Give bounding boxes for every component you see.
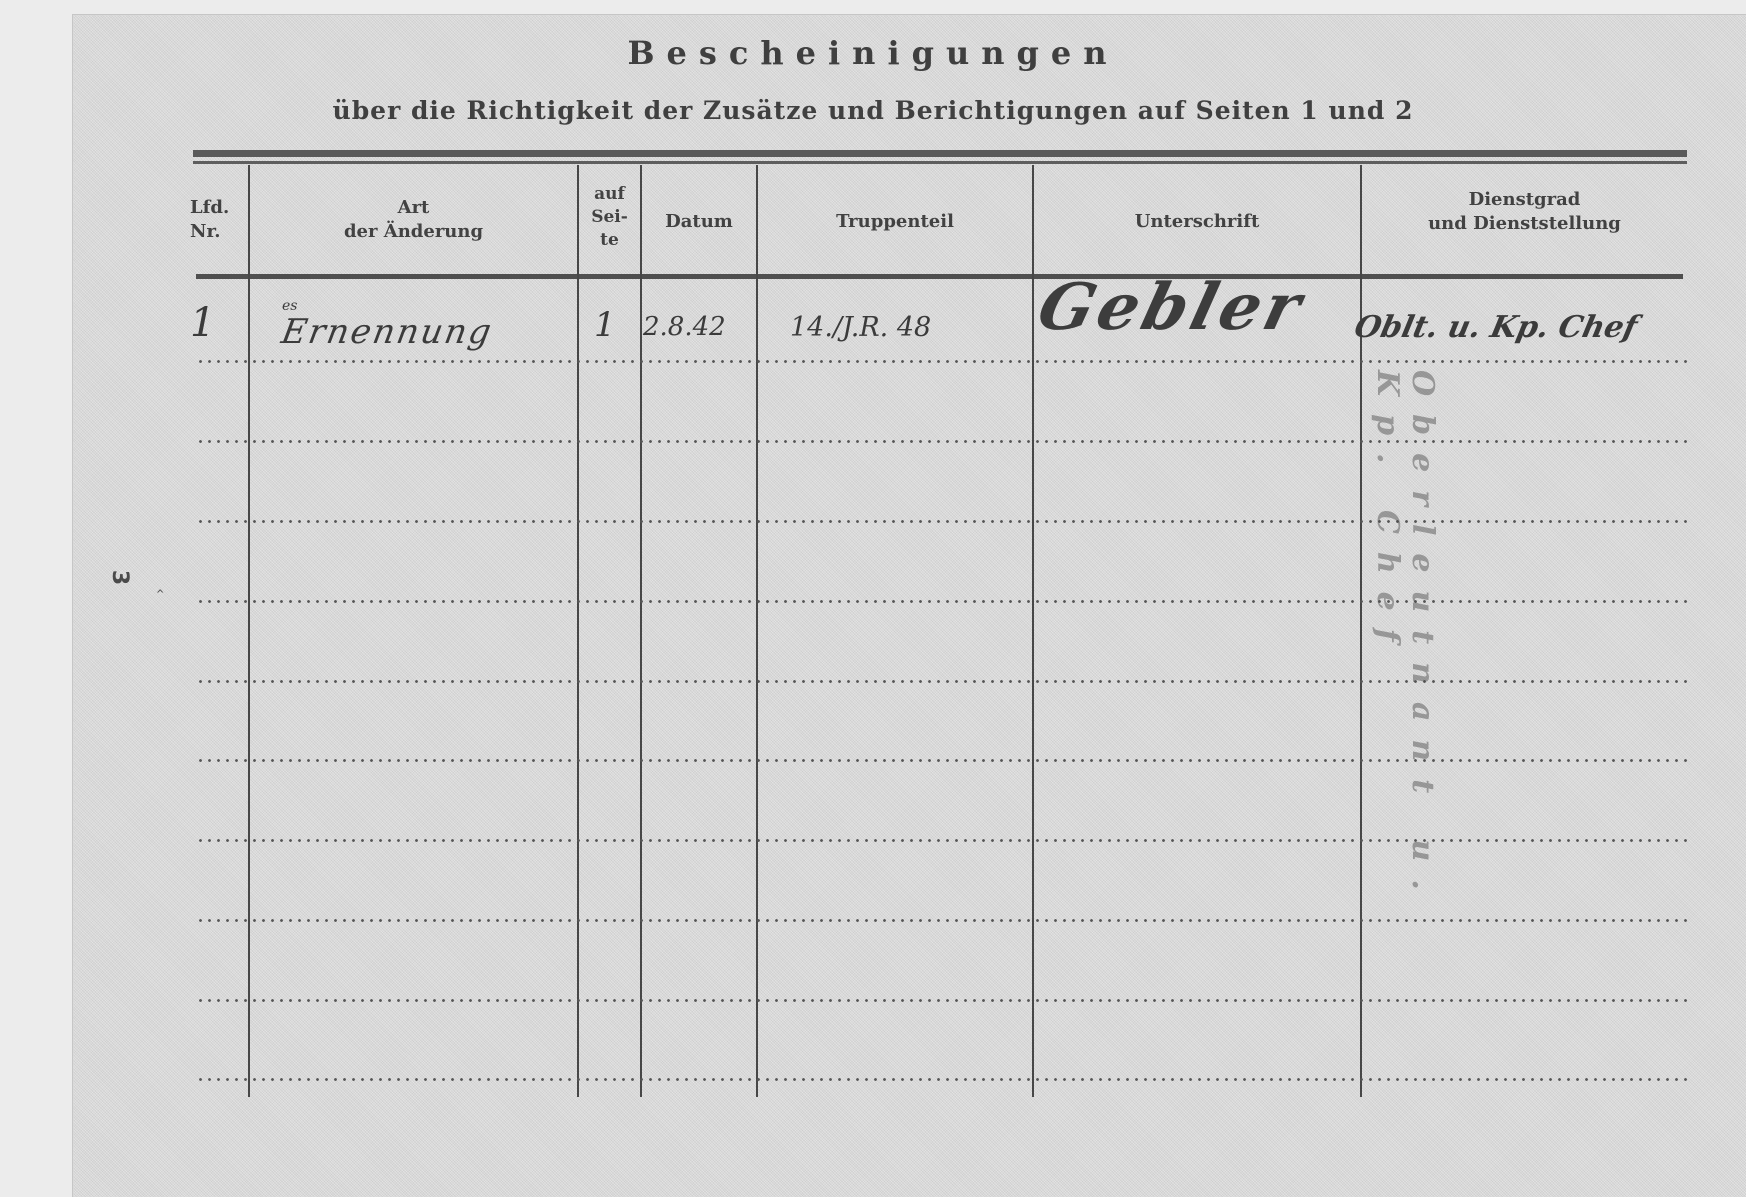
header-truppenteil: Truppenteil xyxy=(758,210,1032,234)
header-unterschrift: Unterschrift xyxy=(1034,210,1360,234)
row-line xyxy=(196,1078,1690,1081)
cell-art: Ernennung xyxy=(278,312,496,352)
cell-lfd-nr: 1 xyxy=(190,300,215,346)
header-text: der Änderung xyxy=(250,220,577,244)
header-text: Dienstgrad xyxy=(1362,188,1687,212)
cell-datum: 2.8.42 xyxy=(643,312,726,342)
row-line xyxy=(196,600,1690,603)
table-top-rule-thick xyxy=(193,150,1687,157)
row-line xyxy=(196,360,1690,363)
row-line xyxy=(196,839,1690,842)
header-text: und Dienststellung xyxy=(1362,212,1687,236)
header-auf-seite: auf Sei- te xyxy=(579,183,640,252)
margin-tick-mark: ‹ xyxy=(152,588,168,594)
margin-page-number: 3 xyxy=(107,570,132,585)
header-text: te xyxy=(579,229,640,252)
header-text: auf xyxy=(579,183,640,206)
row-line xyxy=(196,680,1690,683)
header-art-der-aenderung: Art der Änderung xyxy=(250,196,577,244)
table-header-rule xyxy=(196,274,1683,279)
column-divider xyxy=(756,165,758,1097)
faded-stamp-text: Oberleutnant u. Kp. Chef xyxy=(1370,370,1440,990)
row-line xyxy=(196,919,1690,922)
row-line xyxy=(196,440,1690,443)
header-text: Datum xyxy=(642,210,756,234)
document-subtitle: über die Richtigkeit der Zusätze und Ber… xyxy=(0,96,1746,125)
column-divider xyxy=(1032,165,1034,1097)
header-text: Sei- xyxy=(579,206,640,229)
column-divider xyxy=(248,165,250,1097)
row-line xyxy=(196,520,1690,523)
table-top-rule-thin xyxy=(193,161,1687,164)
cell-dienstgrad: Oblt. u. Kp. Chef xyxy=(1351,310,1640,345)
column-divider xyxy=(1360,165,1362,1097)
column-divider xyxy=(577,165,579,1097)
row-line xyxy=(196,999,1690,1002)
header-datum: Datum xyxy=(642,210,756,234)
header-dienstgrad: Dienstgrad und Dienststellung xyxy=(1362,188,1687,236)
cell-auf-seite: 1 xyxy=(594,305,616,345)
header-lfd-nr: Lfd. Nr. xyxy=(190,196,248,244)
header-text: Truppenteil xyxy=(758,210,1032,234)
document-title: Bescheinigungen xyxy=(0,34,1746,72)
column-divider xyxy=(640,165,642,1097)
header-text: Nr. xyxy=(190,220,248,244)
row-line xyxy=(196,759,1690,762)
header-text: Lfd. xyxy=(190,196,248,220)
header-text: Art xyxy=(250,196,577,220)
cell-truppenteil: 14./J.R. 48 xyxy=(790,312,931,343)
header-text: Unterschrift xyxy=(1034,210,1360,234)
cell-unterschrift-signature: Gebler xyxy=(1031,270,1313,345)
